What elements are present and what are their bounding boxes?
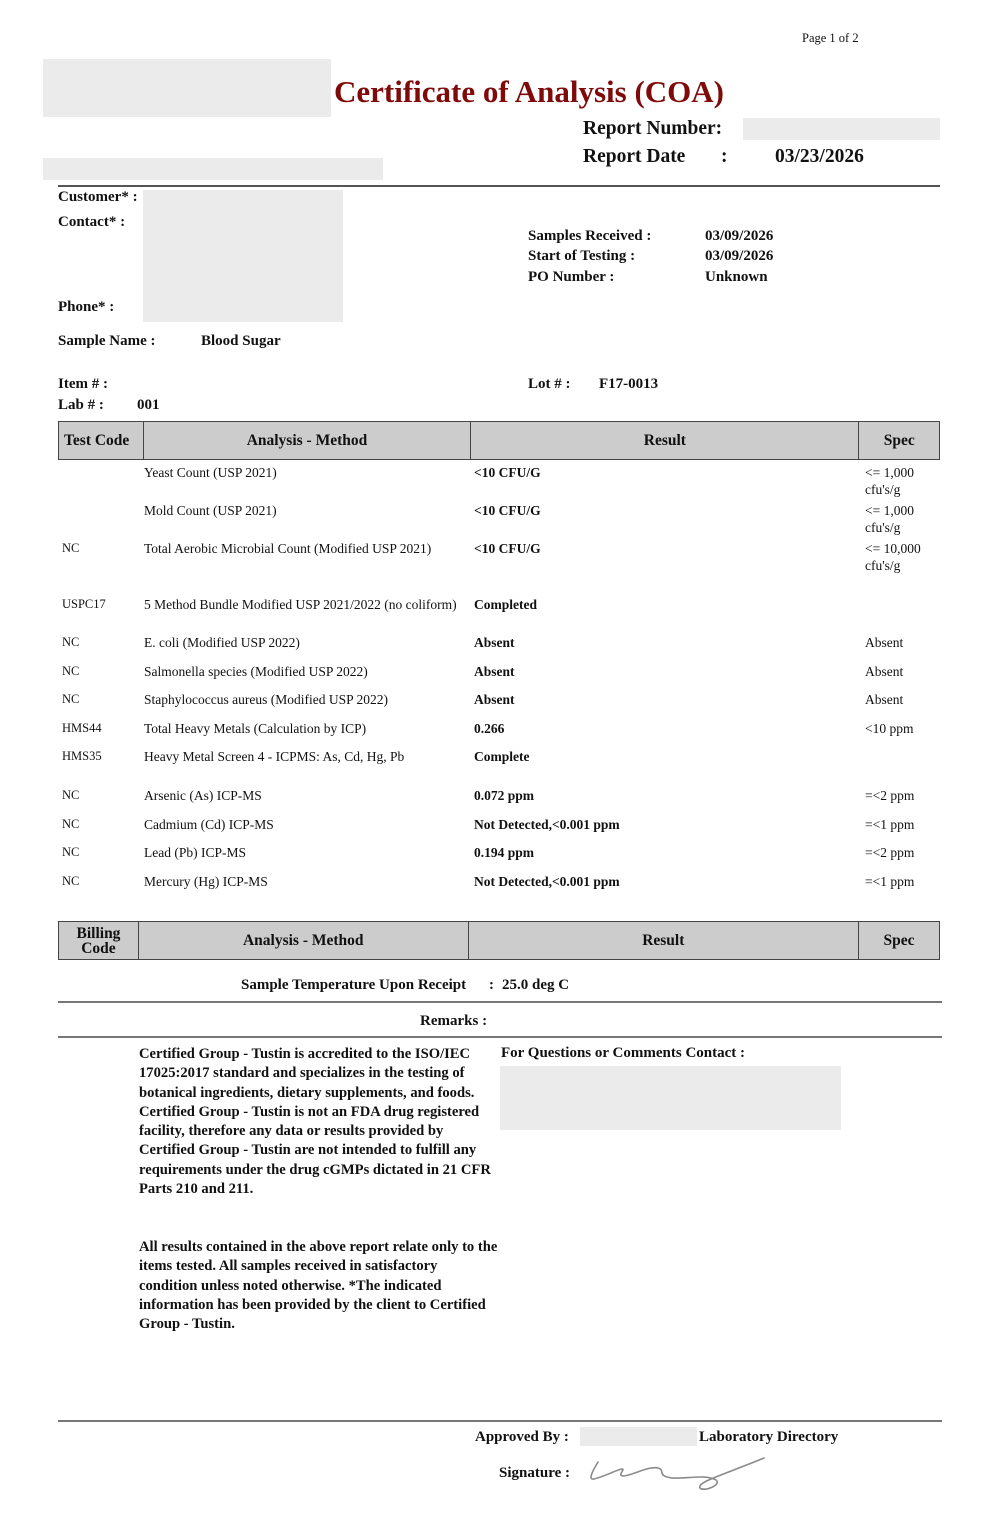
spec-cell: =<1 ppm [865, 816, 940, 833]
report-date-label: Report Date [583, 146, 685, 168]
remarks-paragraph-disclaimer: All results contained in the above repor… [139, 1238, 499, 1334]
temperature-value: 25.0 deg C [502, 977, 569, 994]
header-result: Result [471, 422, 859, 460]
test-code-cell: NC [62, 844, 137, 861]
spec-cell: <10 ppm [865, 720, 940, 737]
contact-label: For Questions or Comments Contact : [501, 1045, 745, 1062]
remarks-paragraph-accreditation: Certified Group - Tustin is accredited t… [139, 1045, 499, 1199]
result-cell: Not Detected,<0.001 ppm [474, 816, 854, 833]
lot-number-label: Lot # : [528, 376, 571, 393]
result-cell: Completed [474, 596, 854, 613]
redacted-address [43, 158, 383, 180]
samples-received-value: 03/09/2026 [705, 228, 773, 245]
contact-label: Contact* : [58, 214, 125, 231]
document-title: Certificate of Analysis (COA) [334, 74, 724, 110]
signature-label: Signature : [499, 1465, 570, 1482]
analysis-method-cell: Mold Count (USP 2021) [144, 502, 464, 519]
test-code-cell: NC [62, 540, 137, 557]
lot-number-value: F17-0013 [599, 376, 658, 393]
result-cell: <10 CFU/G [474, 502, 854, 519]
analysis-method-cell: Total Aerobic Microbial Count (Modified … [144, 540, 464, 557]
result-cell: Absent [474, 691, 854, 708]
test-code-cell: NC [62, 873, 137, 890]
spec-cell: <= 1,000 cfu's/g [865, 464, 940, 498]
header-billing-analysis-method: Analysis - Method [138, 922, 468, 960]
header-divider [58, 185, 940, 187]
redacted-approver-name [580, 1427, 697, 1446]
header-spec: Spec [859, 422, 940, 460]
analysis-method-cell: Heavy Metal Screen 4 - ICPMS: As, Cd, Hg… [144, 748, 464, 765]
temperature-colon: : [489, 977, 494, 994]
result-cell: <10 CFU/G [474, 540, 854, 557]
result-cell: 0.072 ppm [474, 787, 854, 804]
spec-cell: <= 1,000 cfu's/g [865, 502, 940, 536]
analysis-method-cell: Staphylococcus aureus (Modified USP 2022… [144, 691, 464, 708]
start-testing-value: 03/09/2026 [705, 248, 773, 265]
header-billing-spec: Spec [859, 922, 940, 960]
po-number-value: Unknown [705, 269, 768, 286]
temperature-label: Sample Temperature Upon Receipt [241, 977, 466, 994]
remarks-divider [58, 1036, 942, 1038]
po-number-label: PO Number : [528, 269, 614, 286]
spec-cell: Absent [865, 634, 940, 651]
report-number-label: Report Number: [583, 118, 722, 140]
analysis-method-cell: Lead (Pb) ICP-MS [144, 844, 464, 861]
results-table-header: Test Code Analysis - Method Result Spec [58, 421, 940, 460]
approver-title: Laboratory Directory [699, 1429, 838, 1446]
sample-name-label: Sample Name : [58, 333, 156, 350]
header-billing-code: Billing Code [59, 922, 139, 960]
result-cell: Complete [474, 748, 854, 765]
analysis-method-cell: Cadmium (Cd) ICP-MS [144, 816, 464, 833]
test-code-cell: USPC17 [62, 596, 137, 613]
analysis-method-cell: E. coli (Modified USP 2022) [144, 634, 464, 651]
spec-cell: =<1 ppm [865, 873, 940, 890]
analysis-method-cell: 5 Method Bundle Modified USP 2021/2022 (… [144, 596, 464, 613]
test-code-cell: NC [62, 663, 137, 680]
result-cell: 0.266 [474, 720, 854, 737]
report-date-value: 03/23/2026 [775, 146, 864, 168]
lab-number-value: 001 [137, 397, 160, 414]
redacted-contact-info [500, 1066, 841, 1130]
signature-icon [586, 1452, 771, 1497]
page-indicator: Page 1 of 2 [802, 31, 859, 46]
test-code-cell: HMS35 [62, 748, 137, 765]
result-cell: Absent [474, 634, 854, 651]
analysis-method-cell: Arsenic (As) ICP-MS [144, 787, 464, 804]
header-billing-result: Result [468, 922, 859, 960]
analysis-method-cell: Total Heavy Metals (Calculation by ICP) [144, 720, 464, 737]
result-cell: <10 CFU/G [474, 464, 854, 481]
spec-cell: =<2 ppm [865, 787, 940, 804]
phone-label: Phone* : [58, 299, 114, 316]
test-code-cell: NC [62, 691, 137, 708]
approval-divider [58, 1420, 942, 1422]
samples-received-label: Samples Received : [528, 228, 651, 245]
redacted-customer-info [143, 190, 343, 322]
test-code-cell: NC [62, 816, 137, 833]
approved-by-label: Approved By : [475, 1429, 569, 1446]
test-code-cell: NC [62, 634, 137, 651]
spec-cell: =<2 ppm [865, 844, 940, 861]
spec-cell: Absent [865, 663, 940, 680]
item-number-label: Item # : [58, 376, 108, 393]
redacted-logo [43, 59, 331, 117]
billing-table-header: Billing Code Analysis - Method Result Sp… [58, 921, 940, 960]
redacted-report-number [743, 118, 940, 140]
start-testing-label: Start of Testing : [528, 248, 635, 265]
lab-number-label: Lab # : [58, 397, 104, 414]
result-cell: Not Detected,<0.001 ppm [474, 873, 854, 890]
analysis-method-cell: Yeast Count (USP 2021) [144, 464, 464, 481]
header-analysis-method: Analysis - Method [143, 422, 471, 460]
analysis-method-cell: Salmonella species (Modified USP 2022) [144, 663, 464, 680]
sample-name-value: Blood Sugar [201, 333, 281, 350]
header-test-code: Test Code [59, 422, 144, 460]
spec-cell: Absent [865, 691, 940, 708]
temperature-divider [58, 1001, 942, 1003]
test-code-cell: NC [62, 787, 137, 804]
remarks-label: Remarks : [420, 1013, 487, 1030]
result-cell: Absent [474, 663, 854, 680]
report-date-colon: : [721, 146, 728, 168]
spec-cell: <= 10,000 cfu's/g [865, 540, 940, 574]
result-cell: 0.194 ppm [474, 844, 854, 861]
test-code-cell: HMS44 [62, 720, 137, 737]
analysis-method-cell: Mercury (Hg) ICP-MS [144, 873, 464, 890]
customer-label: Customer* : [58, 189, 138, 206]
